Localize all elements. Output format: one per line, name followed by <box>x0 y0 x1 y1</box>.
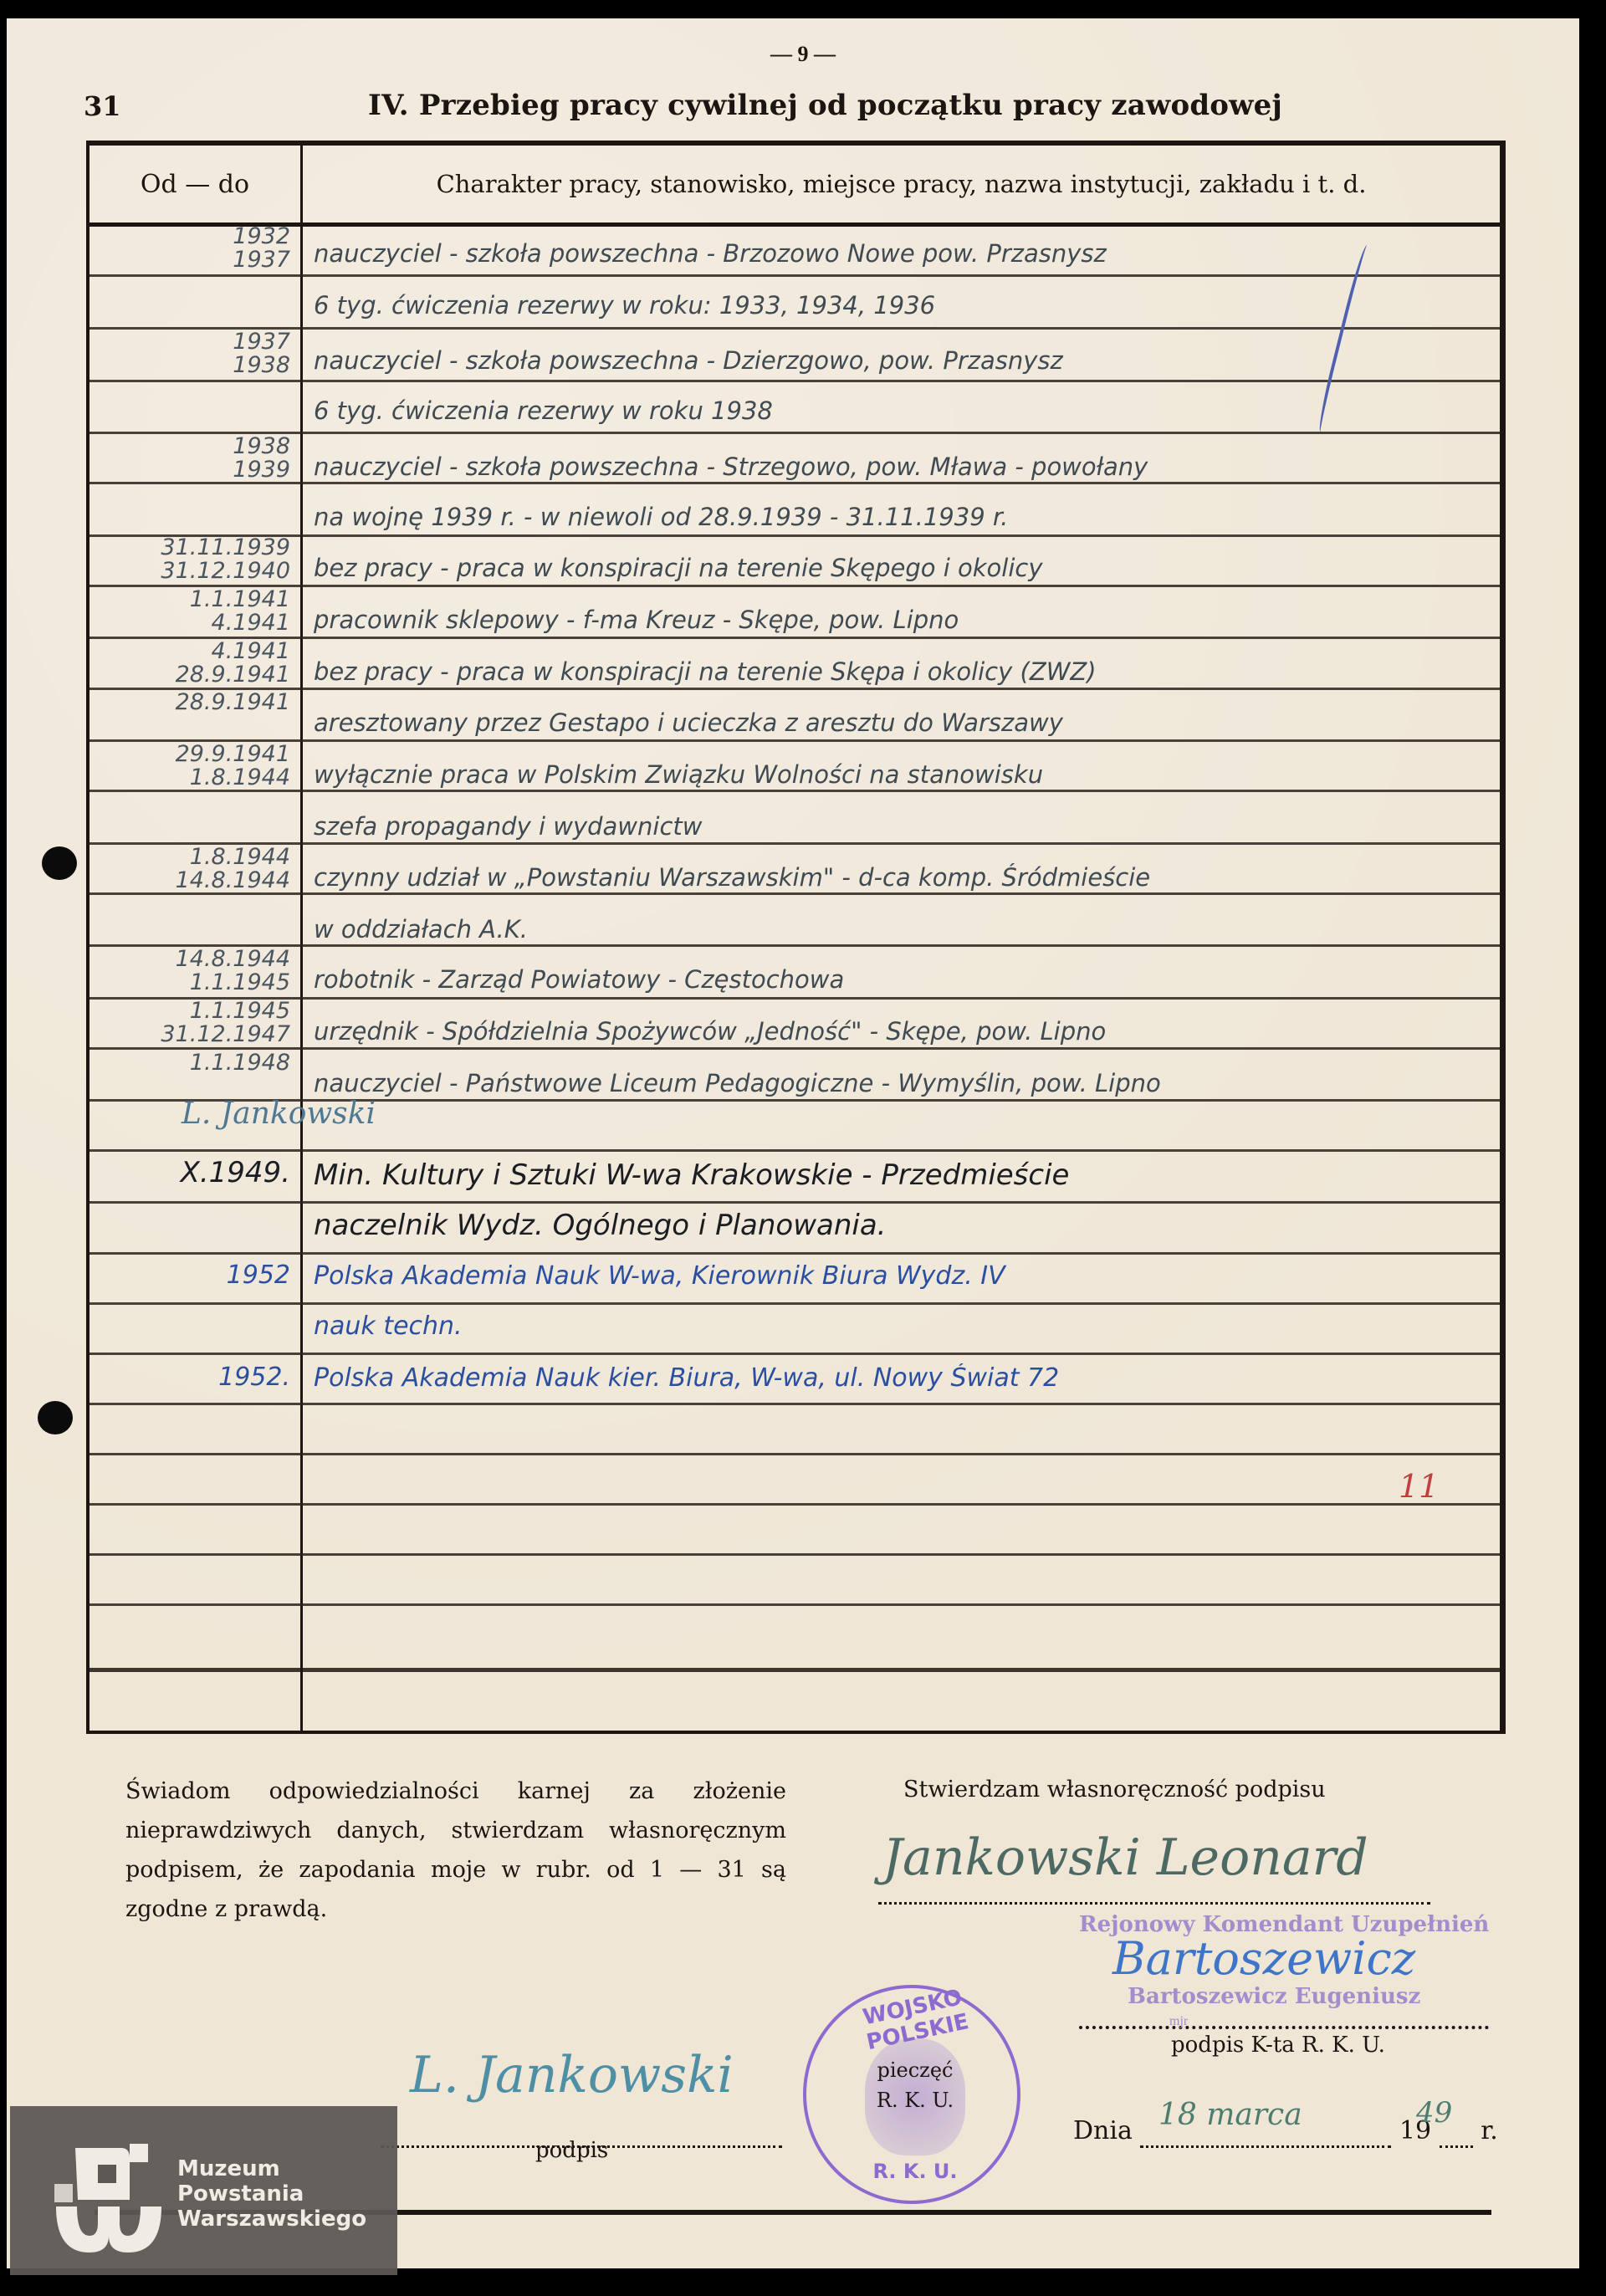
rule-line <box>90 688 1500 690</box>
date-from: 1.1.1948 <box>90 1051 290 1076</box>
column-divider <box>300 146 303 1731</box>
rule-line <box>90 432 1500 434</box>
date-from: 1.8.1944 <box>90 845 290 870</box>
commander-label: podpis K-ta R. K. U. <box>1171 2033 1385 2058</box>
rule-line <box>90 1353 1500 1355</box>
entry-line: w oddziałach A.K. <box>314 915 1491 943</box>
entry-line: nauczyciel - szkoła powszechna - Strzego… <box>314 453 1491 481</box>
header-date: Od — do <box>90 146 300 222</box>
entry-line: bez pracy - praca w konspiracji na teren… <box>314 554 1491 582</box>
date-to: 1939 <box>90 458 290 483</box>
punch-hole <box>38 1401 73 1434</box>
seal-label-line-2: R. K. U. <box>806 2085 1024 2115</box>
entry-line: nauczyciel - szkoła powszechna - Brzozow… <box>314 239 1491 268</box>
date-to: 1938 <box>90 353 290 378</box>
table-bottom-rule <box>90 1668 1500 1672</box>
date-from: 1937 <box>90 330 290 355</box>
rule-line <box>90 1503 1500 1506</box>
entry-line: nauczyciel - Państwowe Liceum Pedagogicz… <box>314 1069 1491 1097</box>
rule-line <box>90 790 1500 792</box>
rule-line <box>90 1553 1500 1556</box>
section-number: 31 <box>84 90 121 122</box>
inline-signature: L. Jankowski <box>182 1097 376 1131</box>
official-seal: WOJSKO POLSKIE pieczęć R. K. U. R. K. U. <box>803 1985 1020 2204</box>
museum-name: Muzeum Powstania Warszawskiego <box>177 2156 366 2232</box>
date-from: 14.8.1944 <box>90 947 290 972</box>
rule-line <box>90 944 1500 947</box>
date-to: 14.8.1944 <box>90 868 290 893</box>
date-to: 31.12.1947 <box>90 1022 290 1047</box>
entry-line: naczelnik Wydz. Ogólnego i Planowania. <box>314 1209 1491 1242</box>
entry-line: bez pracy - praca w konspiracji na teren… <box>314 657 1491 686</box>
rule-line <box>90 1252 1500 1255</box>
entry-line: nauczyciel - szkoła powszechna - Dzierzg… <box>314 346 1491 375</box>
date-from: 1952. <box>90 1365 290 1390</box>
date-to: 1.1.1945 <box>90 970 290 995</box>
table-header: Od — do Charakter pracy, stanowisko, mie… <box>90 146 1500 227</box>
header-description: Charakter pracy, stanowisko, miejsce pra… <box>303 146 1500 222</box>
rule-line <box>90 1149 1500 1152</box>
seal-label: pieczęć R. K. U. <box>806 2055 1024 2115</box>
date-from: 1.1.1941 <box>90 587 290 612</box>
entry-line: urzędnik - Spółdzielnia Spożywców „Jedno… <box>314 1017 1491 1046</box>
date-from: 31.11.1939 <box>90 535 290 560</box>
commander-signature: Bartoszewicz <box>1112 1932 1415 1985</box>
seal-label-line-1: pieczęć <box>806 2055 1024 2085</box>
entry-line: Polska Akademia Nauk kier. Biura, W-wa, … <box>314 1363 1491 1393</box>
date-from: X.1949. <box>90 1160 290 1185</box>
rule-line <box>90 1403 1500 1405</box>
anchor-logo-icon <box>54 2144 163 2253</box>
museum-watermark: Muzeum Powstania Warszawskiego <box>10 2106 397 2275</box>
date-to: 28.9.1941 <box>90 662 290 688</box>
date-prefix: Dnia <box>1073 2116 1133 2145</box>
museum-name-line-3: Warszawskiego <box>177 2207 366 2232</box>
rule-line <box>90 892 1500 895</box>
rule-line <box>90 482 1500 484</box>
section-title: IV. Przebieg pracy cywilnej od początku … <box>368 89 1282 122</box>
date-to: 1.8.1944 <box>90 765 290 790</box>
date-from: 29.9.1941 <box>90 742 290 767</box>
footer-signature: L. Jankowski <box>410 2046 734 2104</box>
signature-label: podpis <box>535 2138 608 2163</box>
entry-line: pracownik sklepowy - f-ma Kreuz - Skępe,… <box>314 606 1491 634</box>
entry-line: Polska Akademia Nauk W-wa, Kierownik Biu… <box>314 1261 1491 1291</box>
rule-line <box>90 1603 1500 1606</box>
handwritten-year: 49 <box>1416 2096 1452 2130</box>
signature-dotted-line <box>878 1902 1430 1905</box>
declaration-text: Świadom odpowiedzialności karnej za złoż… <box>125 1772 786 1929</box>
punch-hole <box>42 846 77 880</box>
rule-line <box>90 637 1500 639</box>
date-to: 31.12.1940 <box>90 559 290 584</box>
red-pencil-mark: 11 <box>1399 1468 1439 1505</box>
rule-line <box>90 842 1500 845</box>
date-from: 1.1.1945 <box>90 999 290 1024</box>
rule-line <box>90 997 1500 1000</box>
page-number: — 9 — <box>0 42 1606 67</box>
museum-name-line-1: Muzeum <box>177 2156 366 2181</box>
date-from: 4.1941 <box>90 639 290 664</box>
entry-line: aresztowany przez Gestapo i ucieczka z a… <box>314 708 1491 737</box>
museum-name-line-2: Powstania <box>177 2181 366 2207</box>
year-suffix: r. <box>1481 2116 1498 2145</box>
rule-line <box>90 534 1500 537</box>
rule-line <box>90 585 1500 587</box>
commander-dotted-line <box>1079 2026 1489 2029</box>
rule-line <box>90 1302 1500 1305</box>
date-from: 1932 <box>90 224 290 249</box>
applicant-signature: Jankowski Leonard <box>882 1828 1368 1887</box>
entry-line: wyłącznie praca w Polskim Związku Wolnoś… <box>314 760 1491 789</box>
date-from: 1938 <box>90 434 290 459</box>
rule-line <box>90 327 1500 330</box>
entry-line: Min. Kultury i Sztuki W-wa Krakowskie - … <box>314 1158 1491 1192</box>
confirmation-label: Stwierdzam własnoręczność podpisu <box>903 1777 1326 1803</box>
entry-line: na wojnę 1939 r. - w niewoli od 28.9.193… <box>314 503 1491 531</box>
handwritten-date: 18 marca <box>1158 2098 1302 2132</box>
commander-rank: mjr <box>1169 2014 1188 2029</box>
rule-line <box>90 739 1500 742</box>
rule-line <box>90 380 1500 382</box>
entry-line: robotnik - Zarząd Powiatowy - Częstochow… <box>314 965 1491 994</box>
rule-line <box>90 274 1500 277</box>
rule-line <box>90 1201 1500 1204</box>
entry-line: szefa propagandy i wydawnictw <box>314 812 1491 841</box>
rku-stamp-line-2: Bartoszewicz Eugeniusz <box>1128 1984 1420 2009</box>
date-to: 4.1941 <box>90 611 290 636</box>
date-to: 1937 <box>90 248 290 273</box>
rule-line <box>90 1453 1500 1455</box>
seal-text-bottom: R. K. U. <box>857 2160 974 2183</box>
entry-line: czynny udział w „Powstaniu Warszawskim" … <box>314 863 1491 892</box>
employment-table: Od — do Charakter pracy, stanowisko, mie… <box>86 141 1506 1734</box>
date-from: 1952 <box>90 1263 290 1288</box>
entry-line: 6 tyg. ćwiczenia rezerwy w roku 1938 <box>314 396 1491 425</box>
rule-line <box>90 1047 1500 1050</box>
entry-line: nauk techn. <box>314 1312 1491 1341</box>
entry-line: 6 tyg. ćwiczenia rezerwy w roku: 1933, 1… <box>314 291 1491 320</box>
date-from: 28.9.1941 <box>90 690 290 715</box>
